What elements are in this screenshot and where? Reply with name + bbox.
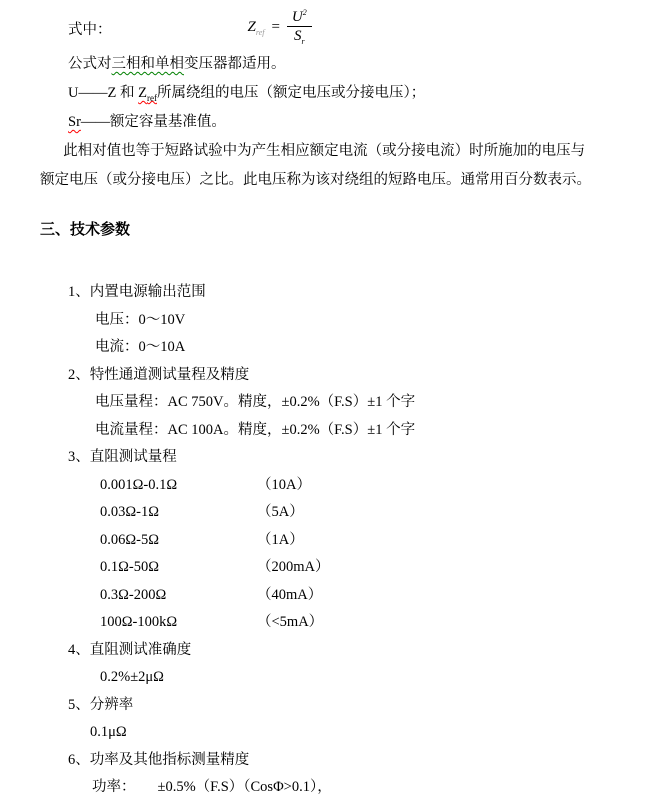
resistance-range-row: 0.03Ω-1Ω（5A） [40, 499, 617, 527]
technical-parameters-list: 1、内置电源输出范围 电压：0～10V 电流：0～10A 2、特性通道测试量程及… [40, 279, 617, 802]
applicability-post-text: 变压器都适用。 [184, 56, 286, 72]
applicability-pre-text: 公式对 [68, 56, 112, 72]
resistance-range-row: 0.06Ω-5Ω（1A） [40, 527, 617, 555]
spec-item-6-title: 6、功率及其他指标测量精度 [40, 747, 617, 775]
resistance-range-value: 100Ω-100kΩ [100, 609, 257, 637]
formula-lhs: Zref [248, 19, 265, 37]
u-definition-post-text: 所属绕组的电压（额定电压或分接电压）； [157, 85, 425, 101]
spec-item-6-power: 功率：±0.5%（F.S）（CosΦ>0.1）， [40, 774, 617, 802]
resistance-range-value: 0.1Ω-50Ω [100, 554, 257, 582]
spec-item-2-current-range: 电流量程：AC 100A。精度，±0.2%（F.S）±1 个字 [40, 417, 617, 445]
power-accuracy-value: ±0.5%（F.S）（CosΦ>0.1）， [158, 779, 332, 795]
note-paragraph-line-1: 此相对值也等于短路试验中为产生相应额定电流（或分接电流）时所施加的电压与 [40, 137, 617, 166]
formula-equals-sign: = [271, 19, 279, 36]
sr-definition-post-text: ——额定容量基准值。 [81, 114, 226, 130]
u-definition-spell-flagged-term: Zref [138, 85, 157, 101]
spec-item-1-title: 1、内置电源输出范围 [40, 279, 617, 307]
formula-fraction: U2 Sr [287, 9, 312, 47]
resistance-range-current: （<5mA） [257, 614, 323, 630]
resistance-range-value: 0.001Ω-0.1Ω [100, 472, 257, 500]
resistance-range-current: （200mA） [257, 559, 330, 575]
resistance-range-current: （10A） [257, 477, 311, 493]
spec-item-2-title: 2、特性通道测试量程及精度 [40, 362, 617, 390]
sr-spell-flagged-term: Sr [68, 114, 81, 130]
resistance-range-current: （1A） [257, 532, 304, 548]
zref-base: Z [138, 85, 147, 101]
resistance-range-current: （5A） [257, 504, 304, 520]
spec-item-5-title: 5、分辨率 [40, 692, 617, 720]
formula-intro-label: 式中： [40, 18, 112, 39]
resistance-range-row: 100Ω-100kΩ（<5mA） [40, 609, 617, 637]
formula-numerator: U2 [287, 9, 312, 28]
document-page: 式中： Zref = U2 Sr 公式对三相和单相变压器都适用。 U——Z 和 … [0, 0, 647, 803]
spec-item-2-voltage-range: 电压量程：AC 750V。精度，±0.2%（F.S）±1 个字 [40, 389, 617, 417]
formula-numerator-base: U [292, 9, 303, 25]
spec-item-1-current: 电流：0～10A [40, 334, 617, 362]
resistance-range-current: （40mA） [257, 587, 322, 603]
formula-lhs-base: Z [248, 19, 256, 35]
spec-item-5-resolution: 0.1μΩ [40, 719, 617, 747]
applicability-grammar-flagged-text: 三相和单相 [112, 56, 185, 72]
resistance-range-value: 0.03Ω-1Ω [100, 499, 257, 527]
spec-item-1-voltage: 电压：0～10V [40, 307, 617, 335]
definition-line-sr: Sr——额定容量基准值。 [40, 108, 617, 137]
power-label: 功率： [92, 779, 136, 795]
spec-item-4-accuracy: 0.2%±2μΩ [40, 664, 617, 692]
section-heading-technical-parameters: 三、技术参数 [40, 217, 617, 243]
resistance-range-row: 0.001Ω-0.1Ω（10A） [40, 472, 617, 500]
spec-item-4-title: 4、直阻测试准确度 [40, 637, 617, 665]
formula-denominator-base: S [294, 28, 302, 44]
formula-row: 式中： Zref = U2 Sr [40, 6, 617, 50]
resistance-range-row: 0.1Ω-50Ω（200mA） [40, 554, 617, 582]
short-circuit-impedance-formula: Zref = U2 Sr [248, 9, 312, 47]
resistance-range-value: 0.06Ω-5Ω [100, 527, 257, 555]
zref-subscript: ref [147, 93, 157, 103]
definition-line-applicability: 公式对三相和单相变压器都适用。 [40, 50, 617, 79]
resistance-range-value: 0.3Ω-200Ω [100, 582, 257, 610]
formula-lhs-subscript: ref [256, 28, 265, 37]
formula-denominator-subscript: r [302, 37, 305, 46]
definition-line-u: U——Z 和 Zref所属绕组的电压（额定电压或分接电压）； [40, 79, 617, 108]
u-definition-pre-text: U——Z 和 [68, 85, 138, 101]
spec-item-3-title: 3、直阻测试量程 [40, 444, 617, 472]
formula-numerator-exponent: 2 [303, 8, 307, 17]
formula-denominator: Sr [287, 27, 312, 47]
resistance-range-row: 0.3Ω-200Ω（40mA） [40, 582, 617, 610]
note-paragraph-line-2: 额定电压（或分接电压）之比。此电压称为该对绕组的短路电压。通常用百分数表示。 [40, 166, 617, 195]
